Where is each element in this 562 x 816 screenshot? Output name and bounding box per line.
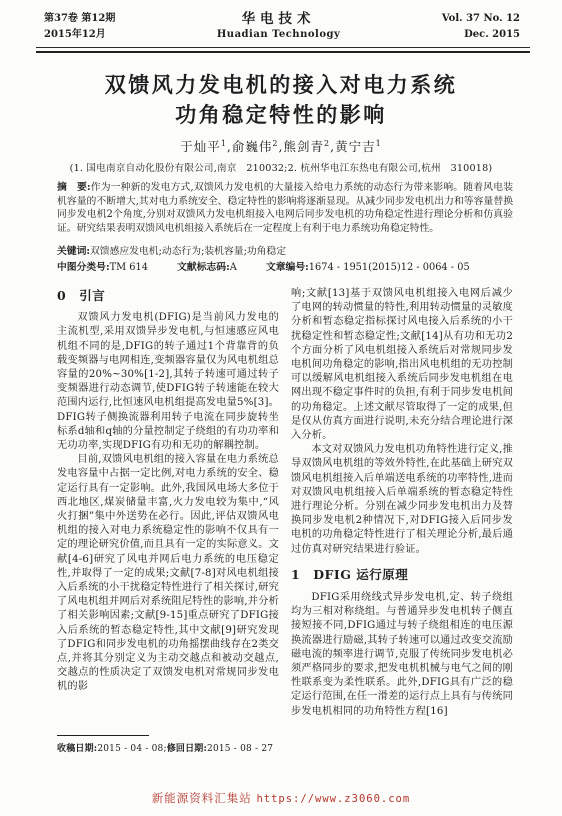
section-0-paragraph-2-continued: 响;文献[13]基于双馈风电机组接入电网后减少了电网的转动惯量的特性,利用转动惯… [291, 287, 513, 443]
issue-date-en: Dec. 2015 [442, 27, 520, 43]
article-id-item: 文章编号:1674 - 1951(2015)12 - 0064 - 05 [266, 262, 470, 273]
article-title: 双馈风力发电机的接入对电力系统 功角稳定特性的影响 [0, 70, 562, 130]
issue-date-cn: 2015年12月 [44, 27, 115, 43]
clc-item: 中图分类号:TM 614 [57, 262, 148, 273]
site-footer: 新能源资料汇集站 https://www.z3060.com [0, 790, 562, 806]
section-0-paragraph-3: 本文对双馈风力发电机功角特性进行定义,推导双馈风电机组的等效外特性,在此基础上研… [291, 443, 513, 557]
journal-masthead: 第37卷 第12期 2015年12月 华电技术 Huadian Technolo… [44, 11, 520, 43]
section-0-paragraph-2: 目前,双馈风电机组的接入容量在电力系统总发电容量中占据一定比例,对电力系统的安全… [57, 453, 279, 694]
article-title-line2: 功角稳定特性的影响 [175, 102, 387, 127]
classification-line: 中图分类号:TM 614 文献标志码:A 文章编号:1674 - 1951(20… [57, 259, 513, 273]
right-column: 响;文献[13]基于双馈风电机组接入电网后减少了电网的转动惯量的特性,利用转动惯… [291, 287, 513, 777]
author-line: 于灿平1,俞巍伟2,熊剑青2,黄宁吉1 [0, 137, 562, 155]
left-column: 0 引言 双馈风力发电机(DFIG)是当前风力发电的主流机型,采用双馈异步发电机… [57, 287, 279, 735]
article-title-line1: 双馈风力发电机的接入对电力系统 [105, 72, 458, 97]
footnote-divider [57, 735, 149, 736]
section-0-heading: 0 引言 [57, 289, 279, 303]
footnote-block: 收稿日期:2015 - 04 - 08;修回日期:2015 - 08 - 27 [57, 735, 297, 754]
section-1-heading: 1 DFIG 运行原理 [291, 568, 513, 582]
received-date-label: 收稿日期: [57, 744, 97, 754]
author-4-affil-mark: 1 [376, 139, 382, 148]
masthead-right: Vol. 37 No. 12 Dec. 2015 [442, 11, 520, 43]
author-3: 熊剑青2 [283, 139, 330, 154]
abstract-block: 摘 要:作为一种新的发电方式,双馈风力发电机的大量接入给电力系统的动态行为带来影… [57, 181, 513, 235]
abstract-label: 摘 要: [57, 182, 91, 193]
author-1: 于灿平1 [180, 139, 227, 154]
section-1-paragraph-1: DFIG采用绕线式异步发电机,定、转子绕组均为三相对称绕组。与普通异步发电机转子… [291, 591, 513, 719]
body-columns: 0 引言 双馈风力发电机(DFIG)是当前风力发电的主流机型,采用双馈异步发电机… [57, 287, 513, 777]
issue-number-cn: 第37卷 第12期 [44, 11, 115, 27]
journal-name-en: Huadian Technology [217, 27, 340, 43]
masthead-left: 第37卷 第12期 2015年12月 [44, 11, 115, 43]
site-footer-name: 新能源资料汇集站 [152, 791, 252, 805]
journal-name-cn: 华电技术 [217, 11, 340, 27]
keywords-label: 关键词: [57, 246, 90, 257]
masthead-divider [36, 47, 530, 53]
keywords-line: 关键词:双馈感应发电机;动态行为;装机容量;功角稳定 [57, 243, 513, 257]
revised-date: 2015 - 08 - 27 [207, 744, 273, 754]
received-date: 2015 - 04 - 08; [97, 744, 166, 754]
site-footer-url: https://www.z3060.com [256, 793, 410, 805]
masthead-center: 华电技术 Huadian Technology [217, 11, 340, 43]
author-2: 俞巍伟2 [232, 139, 279, 154]
affiliation-line: (1. 国电南京自动化股份有限公司,南京 210032;2. 杭州华电江东热电有… [0, 160, 562, 174]
revised-date-label: 修回日期: [167, 744, 207, 754]
section-0-paragraph-1: 双馈风力发电机(DFIG)是当前风力发电的主流机型,采用双馈异步发电机,与恒速感… [57, 311, 279, 453]
author-4: 黄宁吉1 [335, 139, 382, 154]
document-code-item: 文献标志码:A [177, 262, 237, 273]
keywords-text: 双馈感应发电机;动态行为;装机容量;功角稳定 [90, 246, 286, 257]
volume-number-en: Vol. 37 No. 12 [442, 11, 520, 27]
abstract-text: 作为一种新的发电方式,双馈风力发电机的大量接入给电力系统的动态行为带来影响。随着… [57, 182, 513, 234]
journal-page: 第37卷 第12期 2015年12月 华电技术 Huadian Technolo… [0, 0, 562, 816]
